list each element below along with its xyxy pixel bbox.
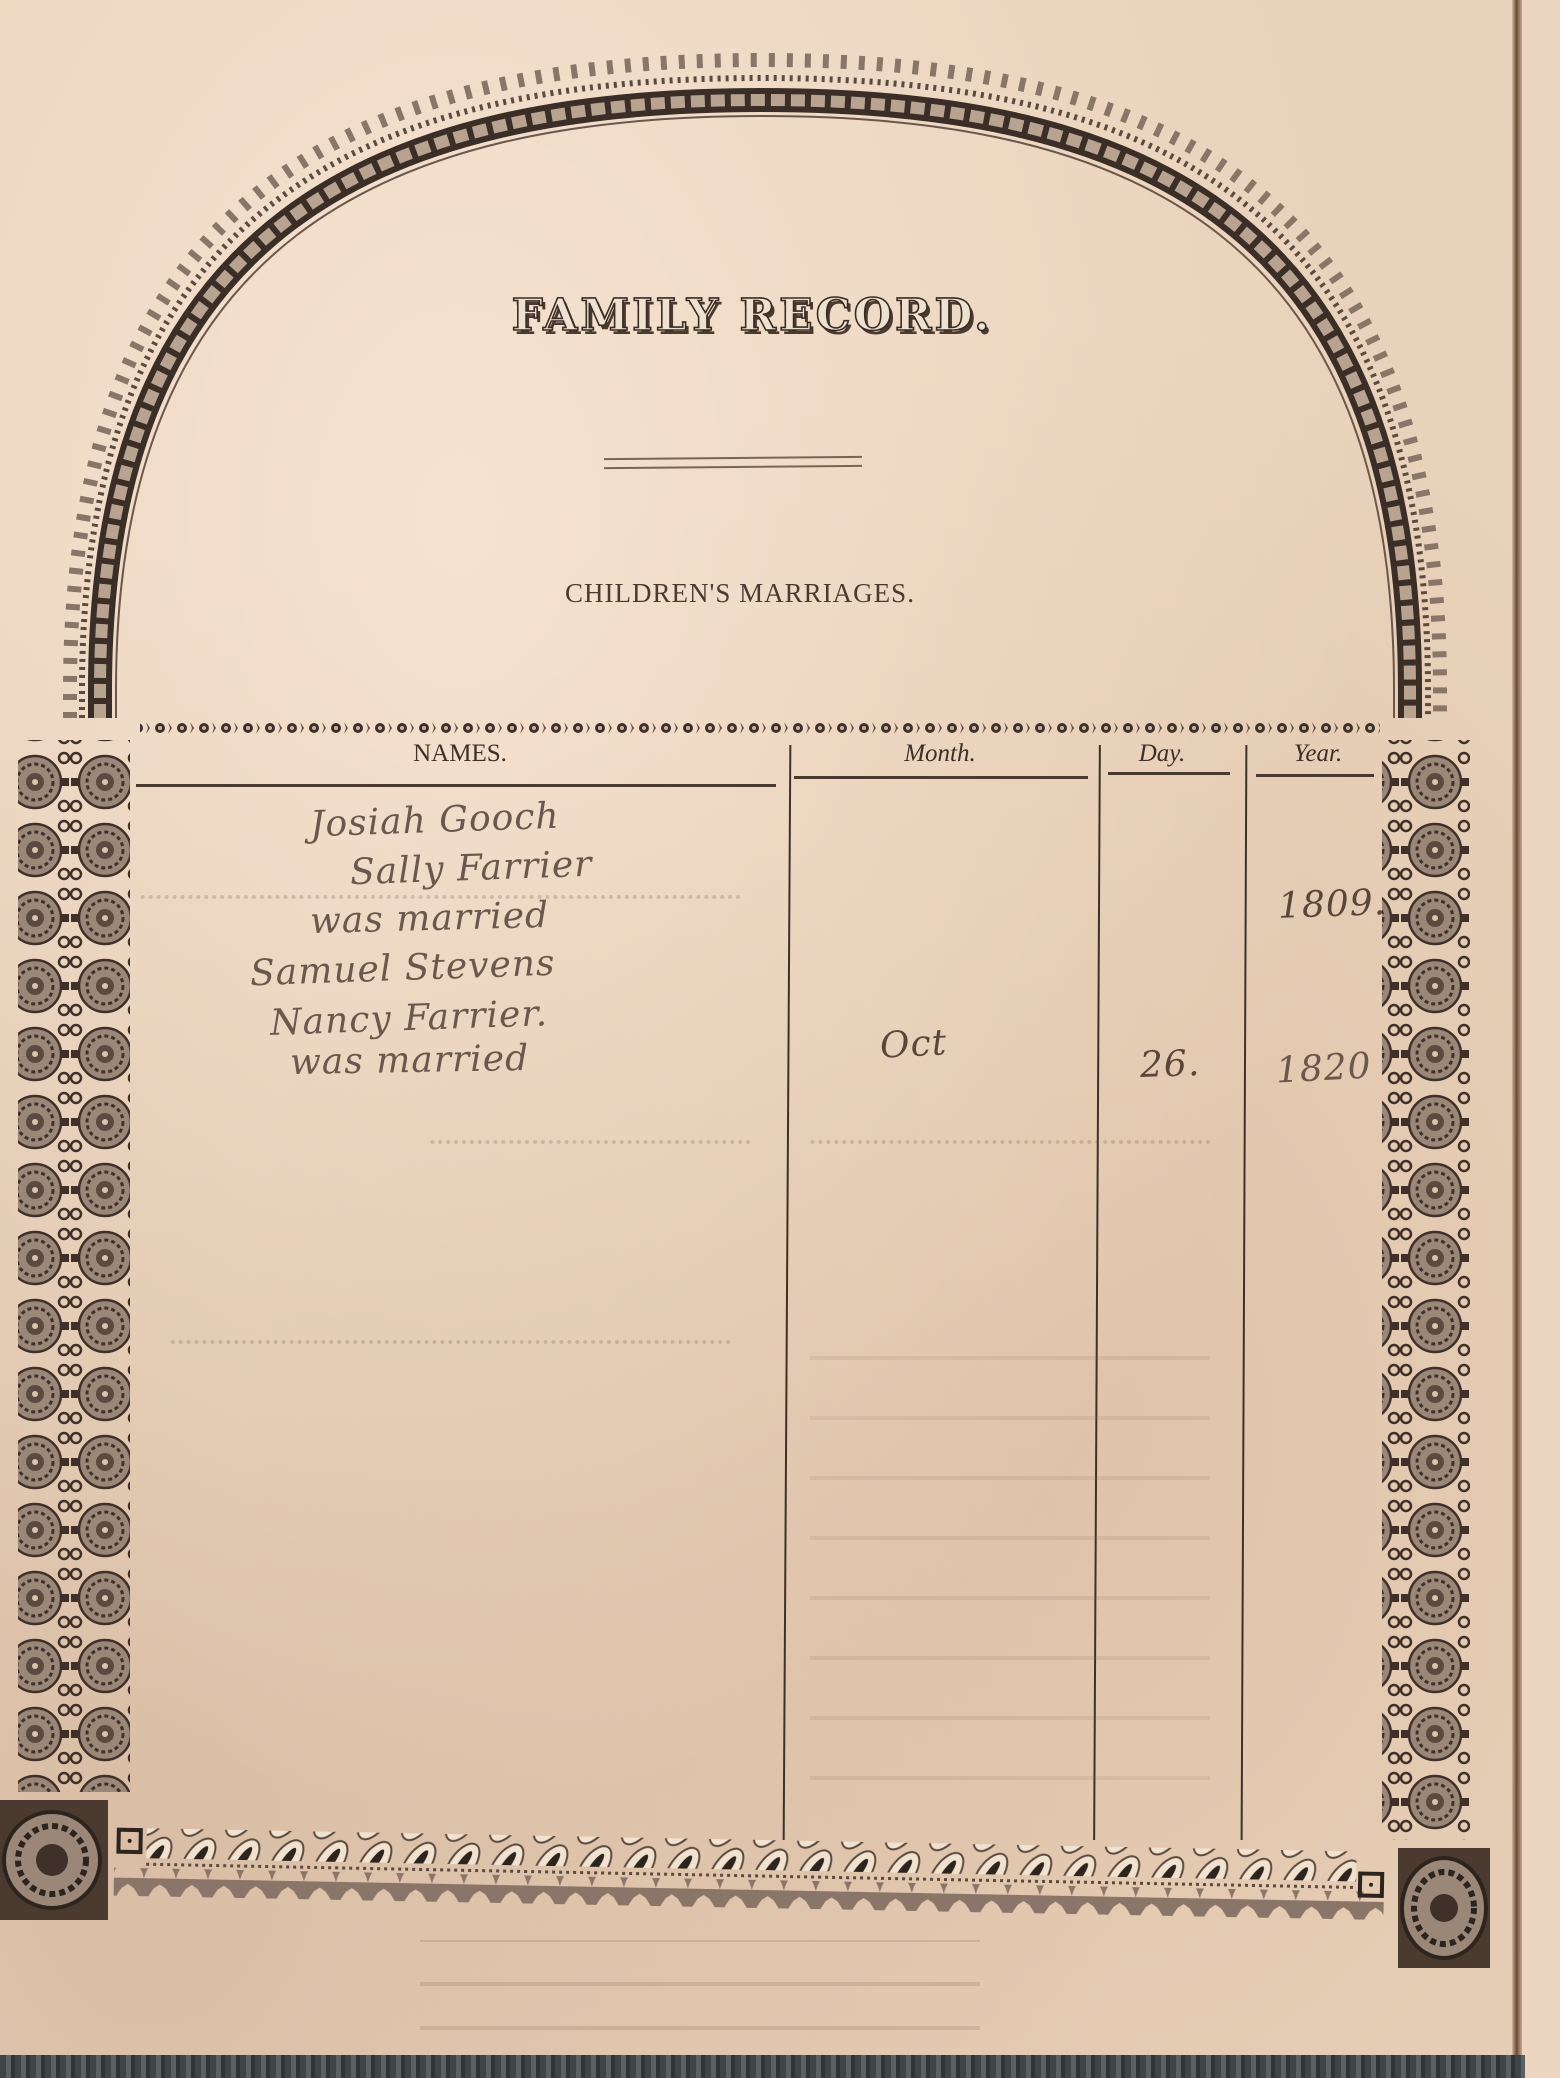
bleed-through-ink — [140, 855, 740, 899]
entry-note: was married — [290, 1038, 530, 1083]
header-rule-month — [794, 776, 1088, 779]
section-heading: CHILDREN'S MARRIAGES. — [470, 578, 1010, 609]
entry-year: 1809. — [1277, 882, 1386, 927]
bleed-through-ink — [430, 1110, 750, 1144]
entry-year: 1820 — [1275, 1046, 1373, 1092]
bleed-through-ink — [170, 1310, 730, 1344]
header-rule-day — [1108, 772, 1230, 775]
column-header-year: Year. — [1258, 740, 1378, 768]
page-title: FAMILY RECORD. — [462, 290, 1042, 341]
bleed-through-ink — [420, 1940, 980, 2030]
column-header-day: Day. — [1102, 740, 1222, 768]
corner-medallion-right — [1398, 1848, 1490, 1968]
bleed-through-ink — [810, 1110, 1210, 1144]
background-surface — [0, 2055, 1525, 2078]
adjacent-page-edge — [1522, 0, 1560, 2078]
title-divider — [604, 456, 862, 469]
entry-groom: Josiah Gooch — [309, 796, 560, 846]
header-rule-names — [136, 784, 776, 787]
entry-note: was married — [310, 895, 550, 942]
bleed-through-ink — [810, 1300, 1210, 1780]
entry-day: 26. — [1139, 1043, 1201, 1086]
entry-month: Oct — [879, 1022, 948, 1066]
corner-medallion-left — [0, 1800, 108, 1920]
column-header-names: NAMES. — [360, 740, 560, 768]
column-header-month: Month. — [850, 740, 1030, 768]
header-rule-year — [1256, 774, 1374, 777]
